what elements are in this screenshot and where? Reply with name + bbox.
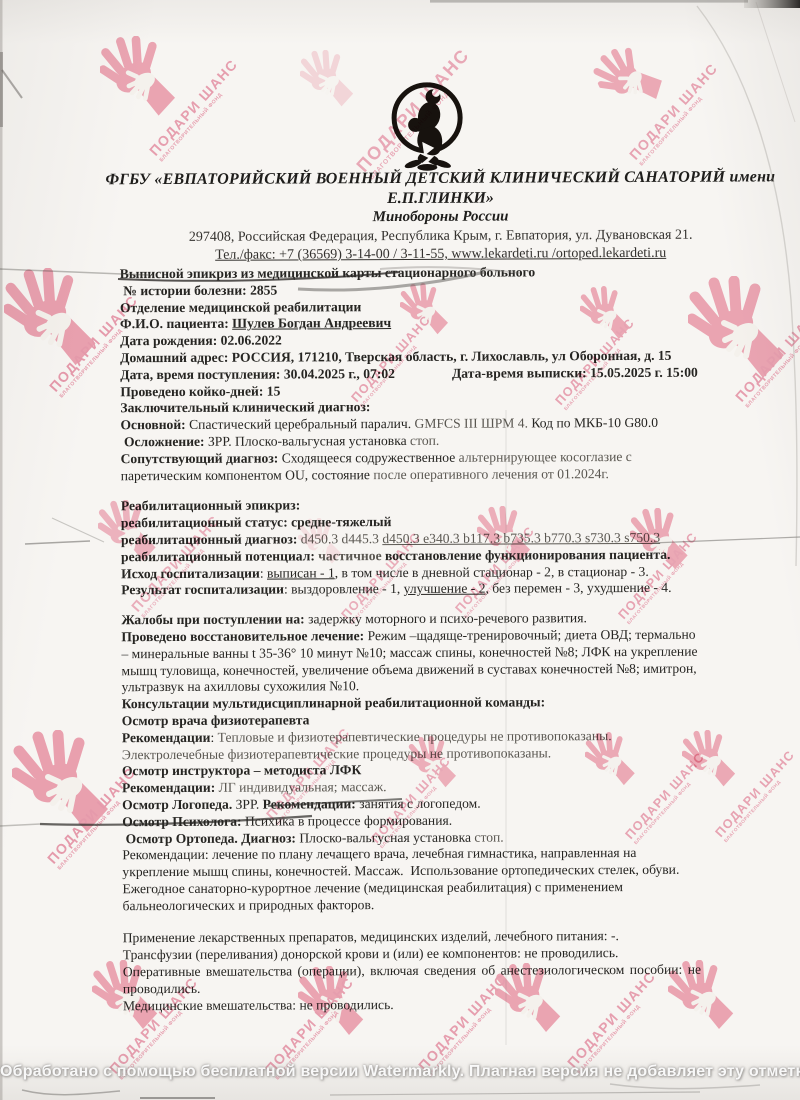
doc-text-segment: выписан - 1 bbox=[267, 565, 335, 580]
doc-text-segment: Трансфузии (переливания) донорской крови… bbox=[123, 945, 619, 962]
doc-text-segment: альтернирующее косоглазие с bbox=[459, 449, 632, 465]
doc-text-segment: Плоско-вальгусная установка bbox=[299, 829, 474, 845]
doc-text-segment: Сходящееся содружественное bbox=[282, 450, 459, 466]
doc-text-segment: d450.3 d445.3 bbox=[301, 531, 383, 546]
doc-line: Медицинские вмешательства: не проводилис… bbox=[123, 995, 788, 1015]
doc-text-segment: ЛГ индивидуальная; массаж. bbox=[219, 779, 387, 795]
doc-text-segment: ультразвук на ахилловы сухожилия №10. bbox=[122, 679, 360, 695]
sanatorium-emblem-logo bbox=[386, 80, 468, 172]
org-address: 297408, Российская Федерация, Республика… bbox=[103, 227, 779, 246]
doc-text-segment: : выздоровление - 1, bbox=[284, 581, 404, 597]
doc-text-segment: Дата рождения: 02.06.2022 bbox=[120, 333, 282, 349]
doc-text-segment: Рекомендации bbox=[122, 730, 211, 745]
doc-text-segment: Рекомендации: bbox=[122, 780, 219, 795]
doc-text-segment: задержку моторного и психо-речевого разв… bbox=[308, 610, 587, 626]
doc-text-segment: Спастический церебральный паралич. bbox=[189, 416, 415, 432]
doc-line: Оперативные вмешательства (операции), вк… bbox=[123, 961, 788, 981]
doc-text-segment: Проведено койко-дней: 15 bbox=[120, 383, 280, 399]
doc-text-segment: Консультации мультидисциплинарной реабил… bbox=[122, 694, 546, 711]
doc-line: мышц туловища, конечностей, увеличение о… bbox=[121, 660, 786, 680]
doc-text-segment: Электролечебные физиотерапевтические про… bbox=[122, 745, 551, 762]
doc-text-segment: Психика в процессе формирования. bbox=[245, 812, 452, 828]
doc-text-segment: Применение лекарственных препаратов, мед… bbox=[123, 929, 619, 946]
doc-text-segment: восстановление функционирования пациента… bbox=[385, 547, 670, 563]
doc-text-segment: Дата, время поступления: 30.04.2025 г., … bbox=[120, 366, 395, 382]
doc-text-segment: Код по МКБ-10 G80.0 bbox=[531, 415, 658, 431]
doc-text-segment: GMFCS III ШРМ 4. bbox=[415, 416, 532, 432]
doc-text-segment: Исход госпитализации bbox=[121, 565, 260, 581]
doc-text-segment: Результат госпитализации bbox=[121, 582, 284, 598]
doc-line: паретическим компонентом OU, состояние п… bbox=[121, 465, 786, 485]
doc-line: Результат госпитализации: выздоровление … bbox=[121, 580, 786, 600]
doc-text-segment: Оперативные вмешательства (операции), вк… bbox=[123, 962, 701, 980]
doc-text-segment: Осмотр Ортопеда. Диагноз: bbox=[122, 830, 299, 846]
scanned-document: ФГБУ «ЕВПАТОРИЙСКИЙ ВОЕННЫЙ ДЕТСКИЙ КЛИН… bbox=[0, 0, 800, 1100]
doc-text-segment: Выписной эпикриз из медицинской карты ст… bbox=[120, 264, 535, 281]
document-body: Выписной эпикриз из медицинской карты ст… bbox=[120, 263, 788, 1014]
doc-text-segment: Проведено восстановительное лечение: bbox=[121, 628, 367, 644]
doc-text-segment: ЗРР. bbox=[236, 797, 263, 812]
doc-text-segment: Реабилитационный эпикриз: bbox=[121, 498, 300, 514]
doc-text-segment: ЗРР. Плоско-вальгусная установка bbox=[208, 433, 410, 449]
doc-text-segment: Осмотр врача физиотерапевта bbox=[122, 712, 310, 728]
doc-line: бальнеологических и природных факторов. bbox=[123, 895, 788, 915]
doc-text-segment: занятия с логопедом. bbox=[359, 796, 481, 812]
doc-text-segment: улучшение - 2 bbox=[404, 581, 486, 596]
org-contacts: Тел./факс: +7 (36569) 3-14-00 / 3-11-55,… bbox=[103, 245, 779, 264]
doc-text-segment: укрепление мышц спины, конечностей. Масс… bbox=[122, 862, 679, 879]
doc-text-segment: , в том числе в дневной стационар - 2, в… bbox=[335, 563, 649, 579]
doc-text-segment: реабилитационный статус: средне-тяжелый bbox=[121, 514, 392, 530]
doc-text-segment: – минеральные ванны t 35-36° 10 минут №1… bbox=[121, 643, 697, 661]
doc-text-segment: Ф.И.О. пациента: bbox=[120, 316, 232, 331]
org-department: Минобороны России bbox=[103, 207, 779, 227]
doc-text-segment: Дата-время выписки: 15.05.2025 г. 15:00 bbox=[452, 364, 698, 380]
doc-text-segment: Осмотр Логопеда. bbox=[122, 797, 236, 812]
doc-text-segment: реабилитационный диагноз: bbox=[121, 531, 301, 547]
org-name-line1: ФГБУ «ЕВПАТОРИЙСКИЙ ВОЕННЫЙ ДЕТСКИЙ КЛИН… bbox=[102, 168, 778, 189]
doc-text-segment: Ежегодное санаторно-курортное лечение (м… bbox=[122, 879, 623, 896]
doc-text-segment: Осложнение: bbox=[120, 434, 208, 449]
watermarkly-overlay-text: Обработано с помощью бесплатной версии W… bbox=[0, 1063, 800, 1080]
document-content: ФГБУ «ЕВПАТОРИЙСКИЙ ВОЕННЫЙ ДЕТСКИЙ КЛИН… bbox=[0, 0, 800, 1100]
doc-text-segment: Осмотр Психолога: bbox=[122, 813, 245, 829]
doc-text-segment: Рекомендации: bbox=[263, 796, 360, 811]
doc-text-segment: № истории болезни: 2855 bbox=[120, 282, 277, 298]
doc-text-segment: частичное bbox=[318, 548, 385, 563]
doc-text-segment: Заключительный клинический диагноз: bbox=[120, 400, 370, 416]
doc-text-segment: стоп. bbox=[410, 433, 439, 448]
doc-text-segment: паретическим компонентом OU, состояние bbox=[121, 467, 374, 483]
doc-text-segment: Рекомендации: лечение по плану лечащего … bbox=[122, 845, 636, 862]
doc-text-segment: Тепловые и физиотерапевтические процедур… bbox=[218, 728, 612, 745]
doc-text-segment: реабилитационный потенциал: bbox=[121, 548, 318, 564]
doc-text-segment: Шулев Богдан Андреевич bbox=[232, 315, 391, 331]
doc-line: Дата, время поступления: 30.04.2025 г., … bbox=[120, 364, 785, 384]
doc-text-segment: , без перемен - 3, ухудшение - 4. bbox=[485, 580, 671, 596]
doc-text-segment: Режим –щадяще-тренировочный; диета ОВД; … bbox=[368, 627, 696, 643]
org-name-line2: Е.П.ГЛИНКИ» bbox=[102, 188, 778, 209]
doc-text-segment: Домашний адрес: РОССИЯ, 171210, Тверская… bbox=[120, 348, 671, 365]
doc-text-segment: бальнеологических и природных факторов. bbox=[123, 897, 375, 913]
doc-text-segment: Основной: bbox=[120, 417, 189, 432]
doc-text-segment: Жалобы при поступлении на: bbox=[121, 612, 308, 628]
doc-text-segment: Медицинские вмешательства: не проводилис… bbox=[123, 997, 394, 1013]
doc-text-segment: d450.3 e340.3 b117.3 b735.3 b770.3 s730.… bbox=[382, 530, 660, 546]
doc-text-segment: Отделение медицинской реабилитации bbox=[120, 299, 361, 315]
watermarkly-overlay: Обработано с помощью бесплатной версии W… bbox=[0, 1063, 800, 1081]
doc-text-segment: Сопутствующий диагноз: bbox=[121, 450, 282, 466]
doc-text-segment: : bbox=[260, 565, 267, 580]
doc-text-segment: проводились. bbox=[123, 981, 201, 996]
doc-text-segment: : bbox=[210, 730, 217, 745]
doc-text-segment: стоп. bbox=[474, 829, 503, 844]
doc-text-segment: мышц туловища, конечностей, увеличение о… bbox=[121, 660, 696, 678]
doc-text-segment: после оперативного лечения от 01.2024г. bbox=[373, 466, 609, 482]
doc-text-segment: Осмотр инструктора – методиста ЛФК bbox=[122, 762, 361, 778]
